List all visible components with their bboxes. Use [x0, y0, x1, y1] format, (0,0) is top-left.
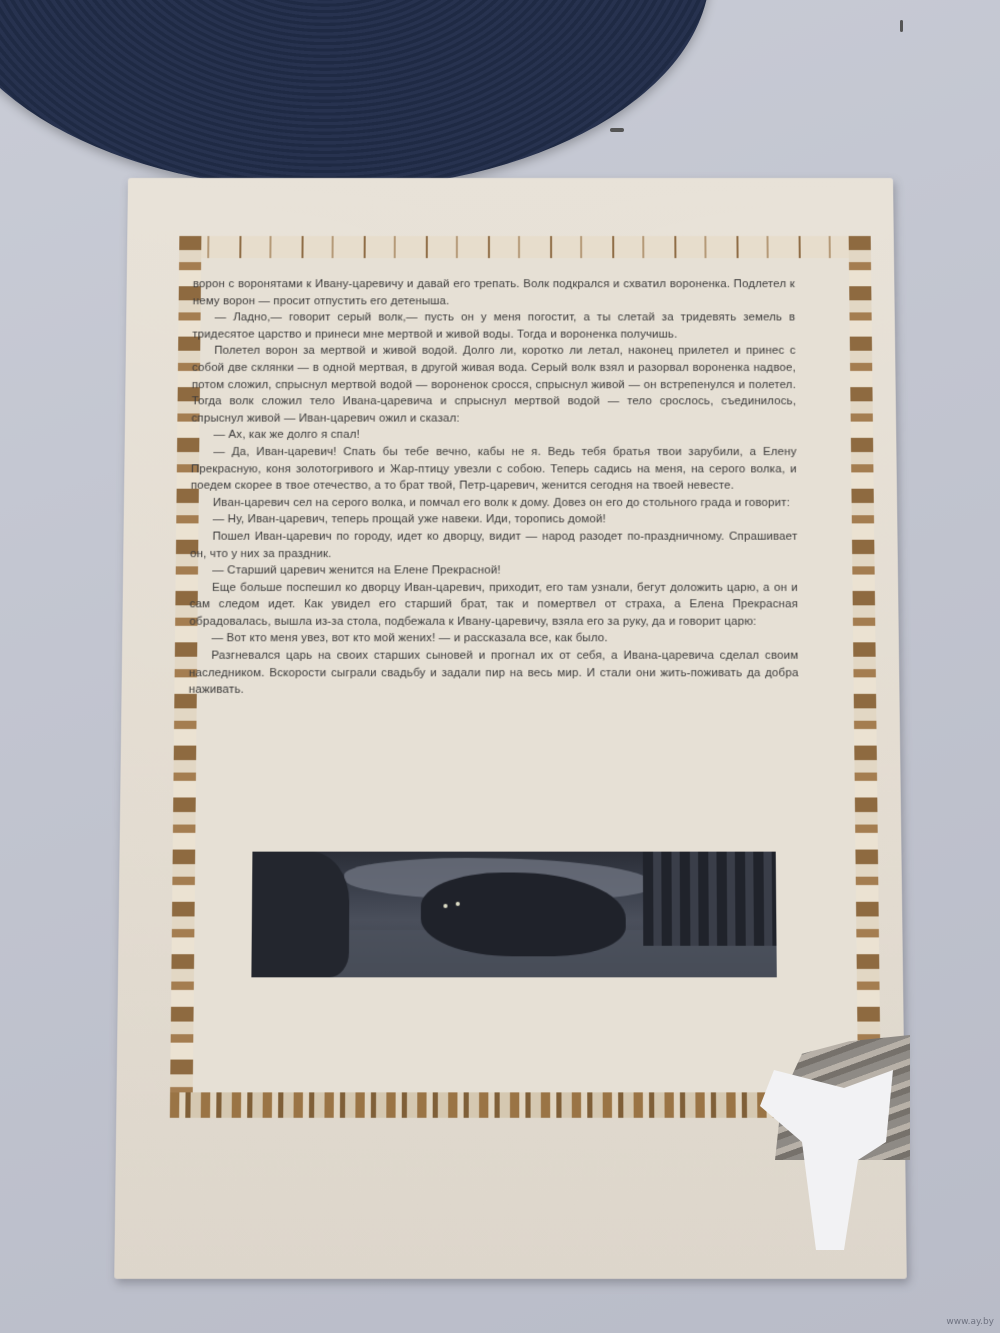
trees-right — [643, 852, 777, 946]
paragraph: — Ах, как же долго я спал! — [191, 427, 796, 444]
paragraph: — Да, Иван-царевич! Спать бы тебе вечно,… — [191, 444, 797, 495]
watermark: www.ay.by — [946, 1317, 994, 1327]
wolf-eye — [456, 902, 460, 906]
dust-speck — [610, 128, 624, 132]
paragraph: Еще больше поспешил ко дворцу Иван-царев… — [189, 579, 798, 630]
paragraph: — Ну, Иван-царевич, теперь прощай уже на… — [190, 511, 797, 528]
paragraph: — Ладно,— говорит серый волк,— пусть он … — [192, 310, 795, 343]
paragraph: — Старший царевич женится на Елене Прекр… — [190, 562, 798, 579]
paragraph: ворон с воронятами к Ивану-царевичу и да… — [193, 276, 796, 309]
story-text: ворон с воронятами к Ивану-царевичу и да… — [189, 276, 799, 699]
paragraph: Пошел Иван-царевич по городу, идет ко дв… — [190, 528, 798, 562]
frame-top-border — [179, 236, 871, 258]
wolf-illustration — [251, 852, 776, 978]
woven-mat — [0, 0, 710, 190]
paragraph: Иван-царевич сел на серого волка, и помч… — [191, 495, 798, 512]
dust-speck — [900, 20, 903, 32]
paragraph: Полетел ворон за мертвой и живой водой. … — [191, 343, 796, 427]
paragraph: Разгневался царь на своих старших сынове… — [189, 648, 799, 699]
paragraph: — Вот кто меня увез, вот кто мой жених! … — [189, 630, 798, 647]
trees-left — [251, 852, 349, 978]
wolf-eye — [443, 904, 447, 908]
